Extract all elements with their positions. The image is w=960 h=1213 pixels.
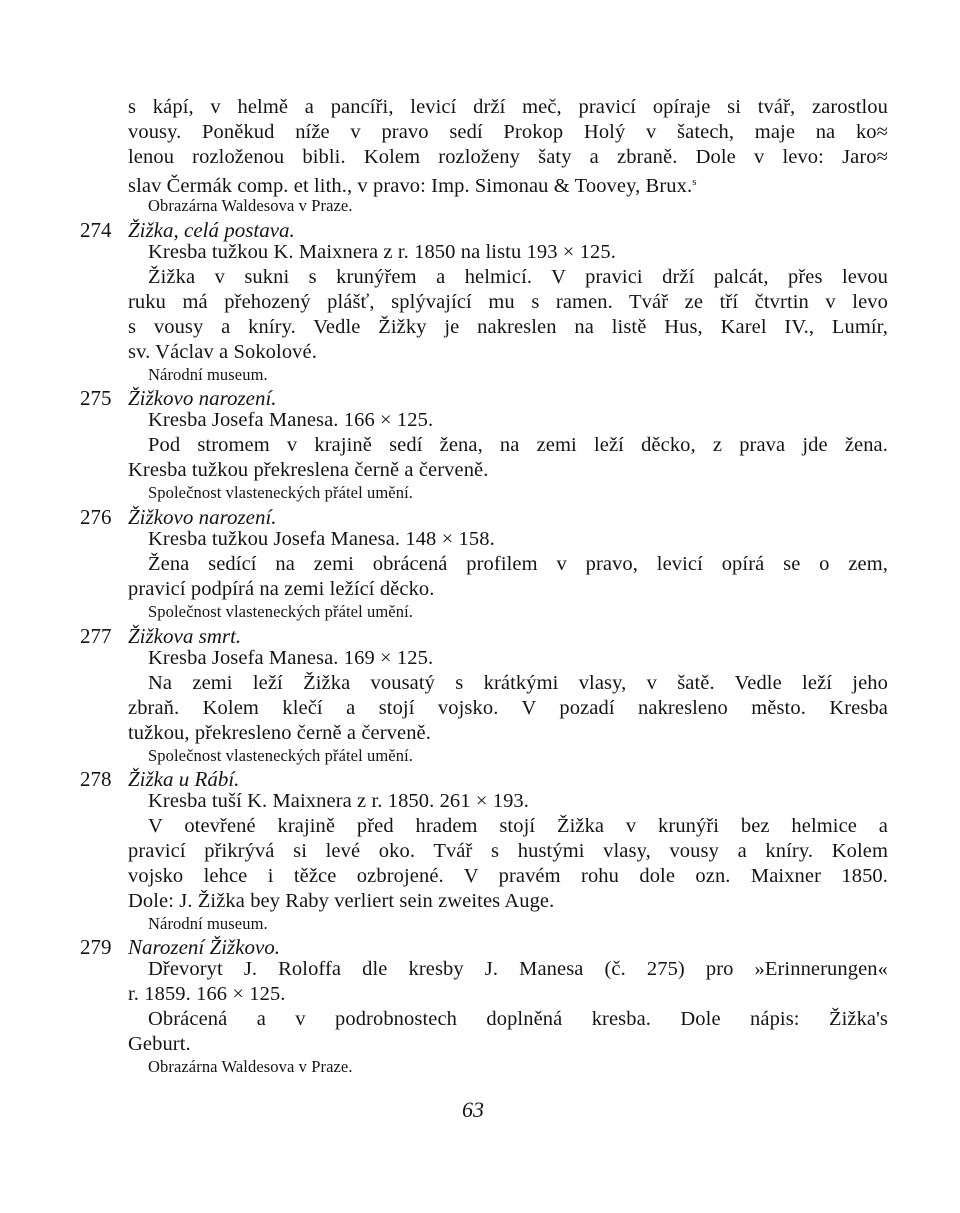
description-line: Žižka v sukni s krunýřem a helmicí. V pr…: [148, 265, 888, 289]
entry-number: 275: [80, 386, 112, 410]
entry-title: Žižkovo narození.: [128, 505, 277, 529]
entry-source: Národní museum.: [148, 365, 268, 385]
entry-technique: r. 1859. 166 × 125.: [128, 982, 286, 1006]
description-line: tužkou, překresleno černě a červeně.: [128, 721, 431, 745]
entry-technique: Kresba Josefa Manesa. 166 × 125.: [148, 408, 433, 432]
entry-title: Narození Žižkovo.: [128, 935, 280, 959]
document-page: s kápí, v helmě a pancíři, levicí drží m…: [0, 0, 960, 1213]
description-line: Na zemi leží Žižka vousatý s krátkými vl…: [148, 671, 888, 695]
description-line: s vousy a kníry. Vedle Žižky je nakresle…: [128, 315, 888, 339]
description-line: pravicí přikrývá si levé oko. Tvář s hus…: [128, 839, 888, 863]
entry-technique: Kresba tuší K. Maixnera z r. 1850. 261 ×…: [148, 789, 529, 813]
entry-source: Společnost vlasteneckých přátel umění.: [148, 602, 413, 622]
entry-technique: Kresba Josefa Manesa. 169 × 125.: [148, 646, 433, 670]
entry-number: 277: [80, 624, 112, 648]
description-line: ruku má přehozený plášť, splývající mu s…: [128, 290, 888, 314]
entry-number: 279: [80, 935, 112, 959]
entry-source: Společnost vlasteneckých přátel umění.: [148, 483, 413, 503]
entry-source: Národní museum.: [148, 914, 268, 934]
entry-title: Žižka u Rábí.: [128, 767, 239, 791]
entry-technique: Kresba tužkou Josefa Manesa. 148 × 158.: [148, 527, 495, 551]
entry-number: 276: [80, 505, 112, 529]
entry-technique: Kresba tužkou K. Maixnera z r. 1850 na l…: [148, 240, 616, 264]
description-line: vojsko lehce i těžce ozbrojené. V pravém…: [128, 864, 888, 888]
source-line: Obrazárna Waldesova v Praze.: [148, 196, 353, 216]
description-line: Žena sedící na zemi obrácená profilem v …: [148, 552, 888, 576]
description-line: Kresba tužkou překreslena černě a červen…: [128, 458, 488, 482]
entry-number: 274: [80, 218, 112, 242]
description-line: Geburt.: [128, 1032, 191, 1056]
text-line: vousy. Poněkud níže v pravo sedí Prokop …: [128, 120, 888, 144]
description-line: Obrácená a v podrobnostech doplněná kres…: [148, 1007, 888, 1031]
entry-title: Žižkovo narození.: [128, 386, 277, 410]
description-line: sv. Václav a Sokolové.: [128, 340, 317, 364]
footnote-mark: s: [692, 176, 696, 188]
entry-title: Žižkova smrt.: [128, 624, 241, 648]
description-line: Pod stromem v krajině sedí žena, na zemi…: [148, 433, 888, 457]
entry-title: Žižka, celá postava.: [128, 218, 295, 242]
description-line: zbraň. Kolem klečí a stojí vojsko. V poz…: [128, 696, 888, 720]
description-line: V otevřené krajině před hradem stojí Žiž…: [148, 814, 888, 838]
page-number: 63: [462, 1097, 484, 1123]
description-line: pravicí podpírá na zemi ležící děcko.: [128, 577, 435, 601]
text-line: s kápí, v helmě a pancíři, levicí drží m…: [128, 95, 888, 119]
description-line: Dole: J. Žižka bey Raby verliert sein zw…: [128, 889, 554, 913]
entry-source: Obrazárna Waldesova v Praze.: [148, 1057, 353, 1077]
entry-number: 278: [80, 767, 112, 791]
text-line: slav Čermák comp. et lith., v pravo: Imp…: [128, 170, 697, 198]
text-line: lenou rozloženou bibli. Kolem rozloženy …: [128, 145, 888, 169]
entry-source: Společnost vlasteneckých přátel umění.: [148, 746, 413, 766]
text-line-content: slav Čermák comp. et lith., v pravo: Imp…: [128, 175, 692, 197]
entry-technique: Dřevoryt J. Roloffa dle kresby J. Manesa…: [148, 957, 888, 981]
